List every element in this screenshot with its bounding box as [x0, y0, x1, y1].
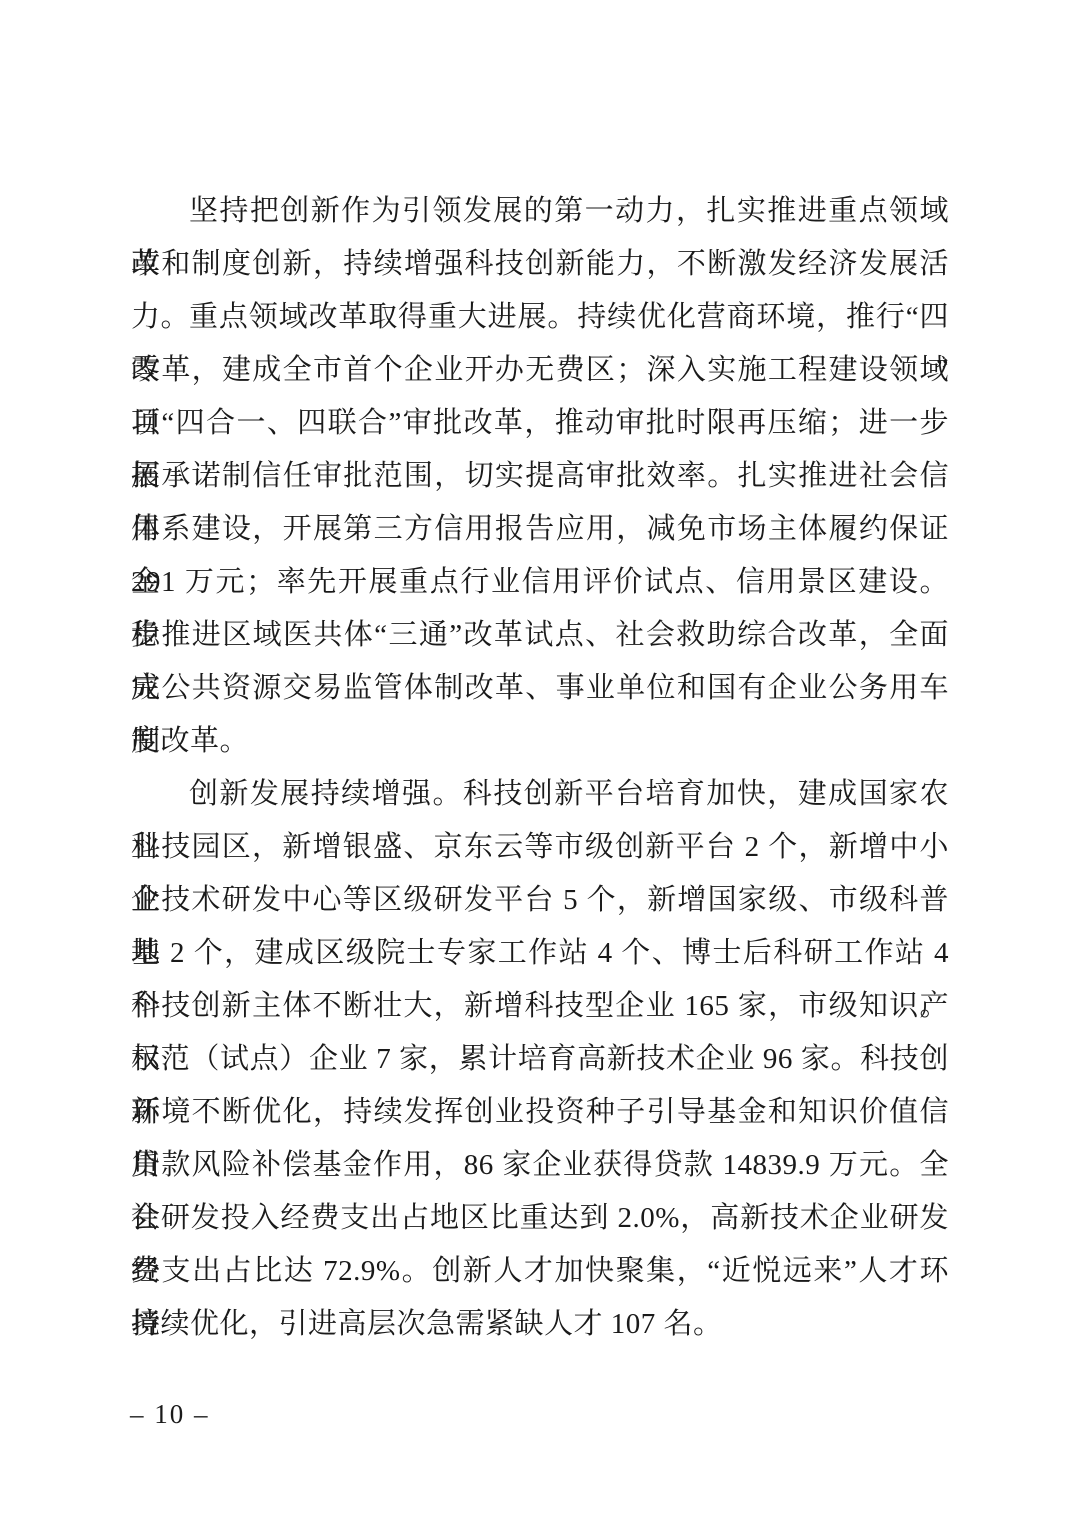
text-line: 示范（试点）企业 7 家，累计培育高新技术企业 96 家。科技创新 — [131, 1033, 949, 1086]
text-line: 革和制度创新，持续增强科技创新能力，不断激发经济发展活力。 — [131, 238, 949, 291]
body-text: 坚持把创新作为引领发展的第一动力，扎实推进重点领域改 革和制度创新，持续增强科技… — [131, 185, 949, 1351]
text-line: 地 2 个，建成区级院士专家工作站 4 个、博士后科研工作站 4 个。 — [131, 927, 949, 980]
paragraph: 坚持把创新作为引领发展的第一动力，扎实推进重点领域改 革和制度创新，持续增强科技… — [131, 185, 949, 291]
text-line: 成公共资源交易监管体制改革、事业单位和国有企业公务用车制 — [131, 662, 949, 715]
text-line: 费支出占比达 72.9%。创新人才加快聚集，“近悦远来”人才环境 — [131, 1245, 949, 1298]
text-line: 坚持把创新作为引领发展的第一动力，扎实推进重点领域改 — [131, 185, 949, 238]
paragraph: 重点领域改革取得重大进展。持续优化营商环境，推行“四零” 改革，建成全市首个企业… — [131, 291, 949, 768]
text-line: 科技创新主体不断壮大，新增科技型企业 165 家，市级知识产权 — [131, 980, 949, 1033]
paragraph: 创新发展持续增强。科技创新平台培育加快，建成国家农业 科技园区，新增银盛、京东云… — [131, 768, 949, 1351]
page-number: – 10 – — [130, 1396, 210, 1432]
document-page: 坚持把创新作为引领发展的第一动力，扎实推进重点领域改 革和制度创新，持续增强科技… — [0, 0, 1074, 1520]
text-line: 环境不断优化，持续发挥创业投资种子引导基金和知识价值信用 — [131, 1086, 949, 1139]
text-line: 改革，建成全市首个企业开办无费区；深入实施工程建设领域项 — [131, 344, 949, 397]
text-line: 291 万元；率先开展重点行业信用评价试点、信用景区建设。稳 — [131, 556, 949, 609]
text-line: 步推进区域医共体“三通”改革试点、社会救助综合改革，全面完 — [131, 609, 949, 662]
text-line: 体系建设，开展第三方信用报告应用，减免市场主体履约保证金 — [131, 503, 949, 556]
text-line: 度改革。 — [131, 715, 949, 768]
text-line: 持续优化，引进高层次急需紧缺人才 107 名。 — [131, 1298, 949, 1351]
text-line: 业技术研发中心等区级研发平台 5 个，新增国家级、市级科普基 — [131, 874, 949, 927]
text-line: 目“四合一、四联合”审批改革，推动审批时限再压缩；进一步拓 — [131, 397, 949, 450]
text-line: 科技园区，新增银盛、京东云等市级创新平台 2 个，新增中小企 — [131, 821, 949, 874]
text-line: 创新发展持续增强。科技创新平台培育加快，建成国家农业 — [131, 768, 949, 821]
text-line: 贷款风险补偿基金作用，86 家企业获得贷款 14839.9 万元。全社 — [131, 1139, 949, 1192]
text-line: 会研发投入经费支出占地区比重达到 2.0%，高新技术企业研发经 — [131, 1192, 949, 1245]
text-line: 重点领域改革取得重大进展。持续优化营商环境，推行“四零” — [131, 291, 949, 344]
text-line: 展承诺制信任审批范围，切实提高审批效率。扎实推进社会信用 — [131, 450, 949, 503]
